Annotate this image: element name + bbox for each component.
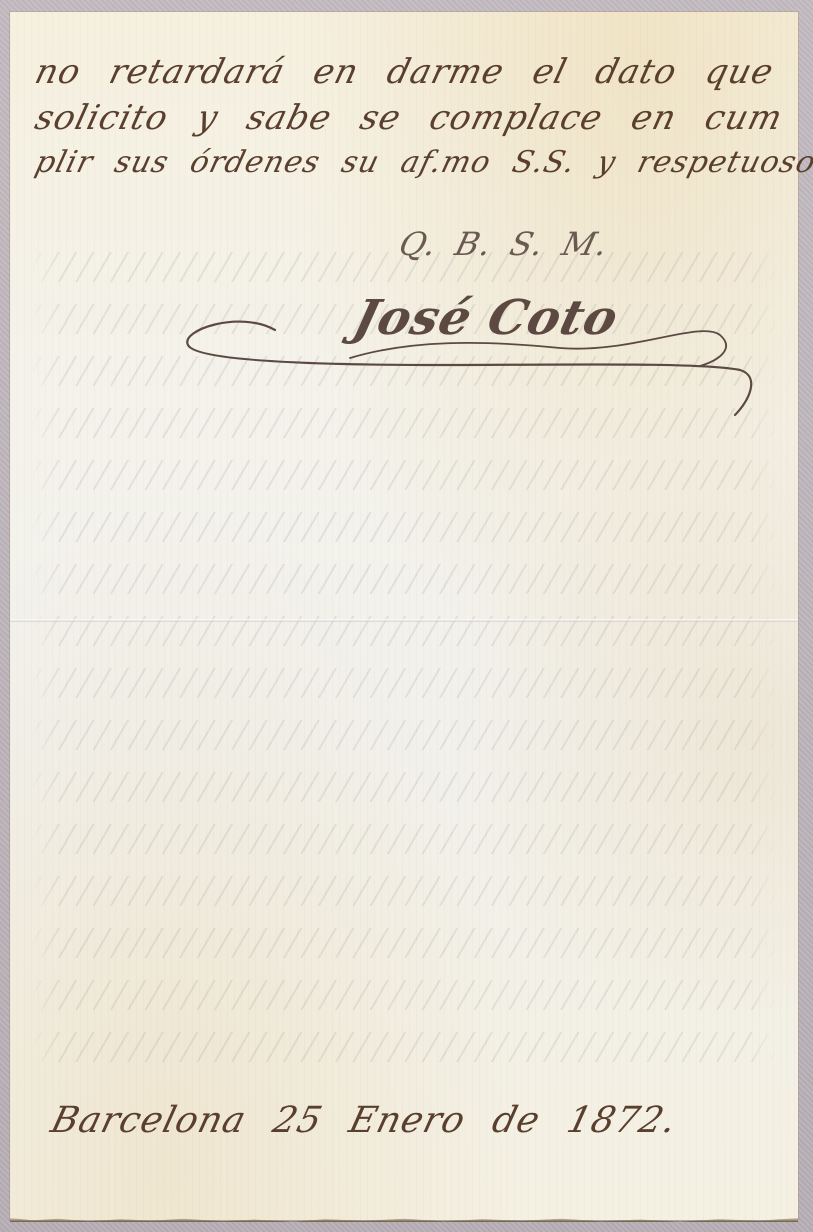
- fold-crease: [10, 619, 798, 622]
- body-line-1: no retardará en darme el dato que: [31, 52, 778, 92]
- body-line-3: plir sus órdenes su af.mo S.S. y respetu…: [32, 145, 813, 180]
- closing-abbreviation: Q. B. S. M.: [395, 225, 612, 263]
- place-and-date: Barcelona 25 Enero de 1872.: [47, 1100, 681, 1141]
- signature-flourish-icon: [180, 300, 760, 430]
- letter-page: [10, 12, 798, 1220]
- body-line-2: solicito y sabe se complace en cum: [31, 98, 787, 138]
